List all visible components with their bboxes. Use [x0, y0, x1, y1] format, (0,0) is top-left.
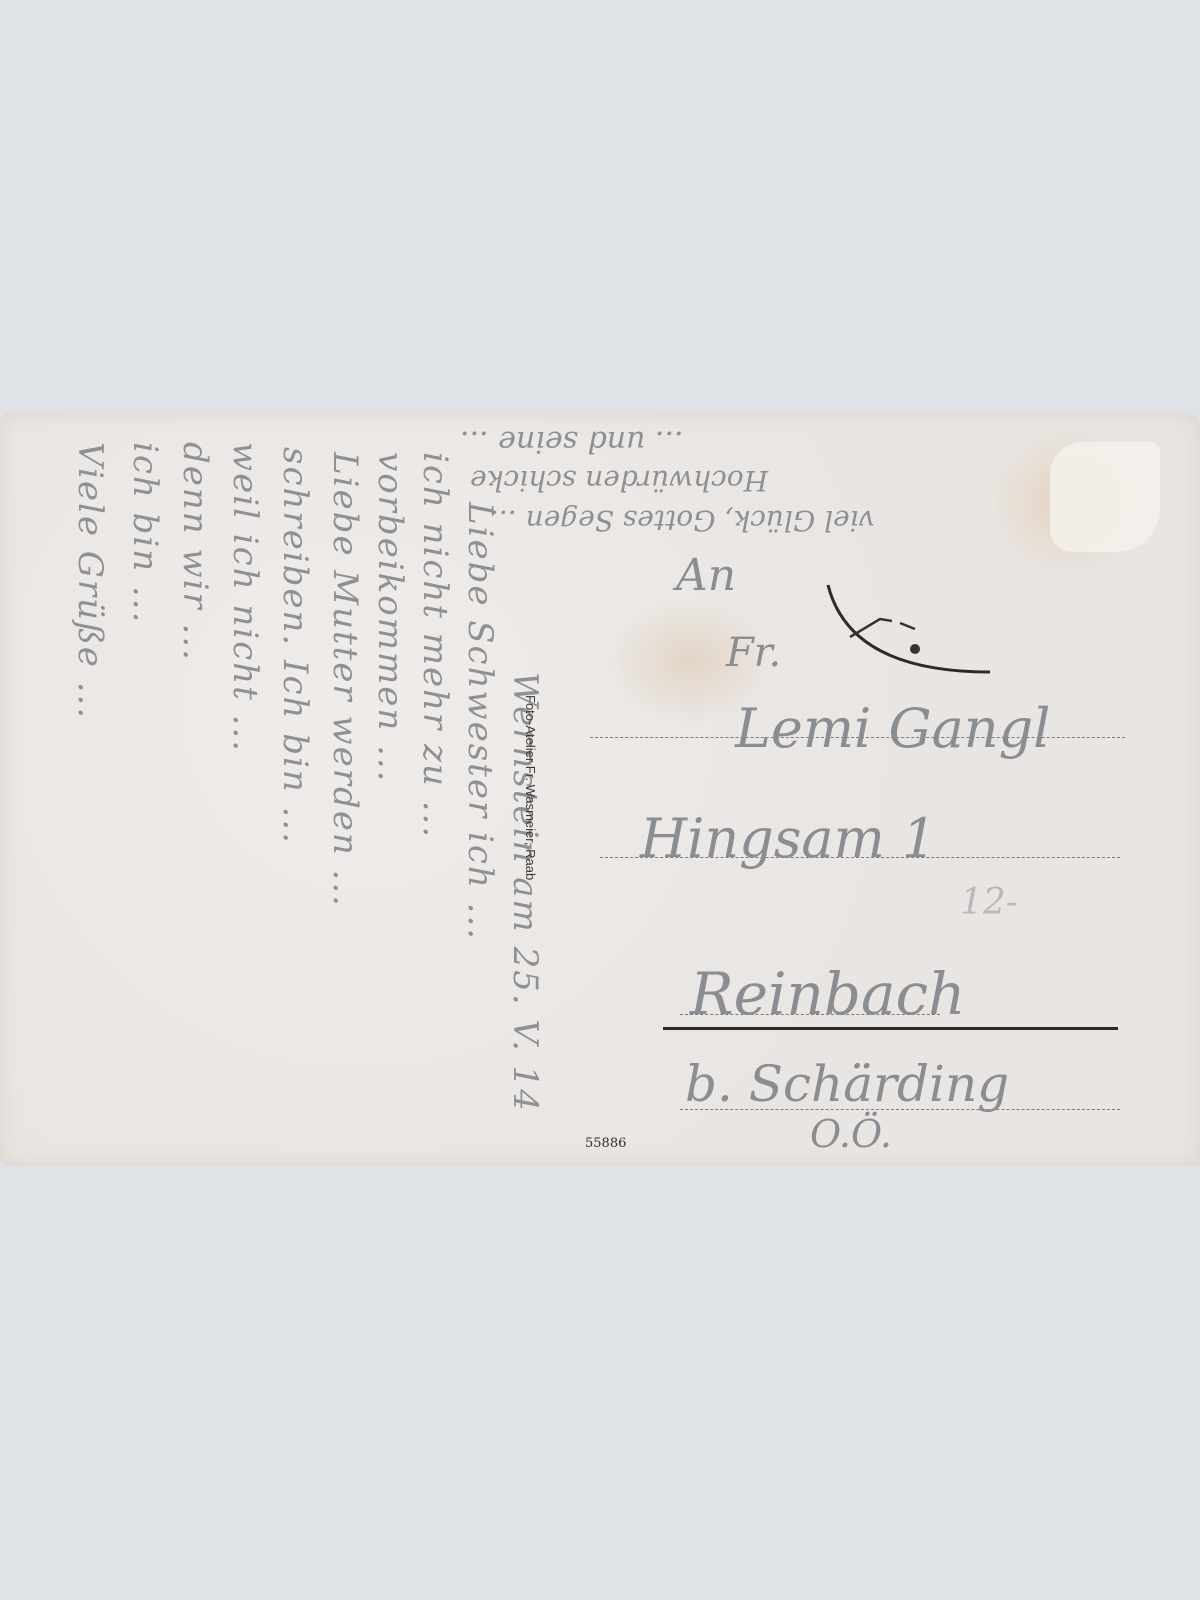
- publisher-imprint: Foto-Atelier Fr. Wasmeier, Raab: [523, 695, 538, 880]
- recipient-name: Lemi Gangl: [735, 697, 1050, 760]
- message-line: schreiben. Ich bin ...: [275, 447, 315, 845]
- serial-number: 55886: [585, 1136, 626, 1151]
- message-line: Liebe Mutter werden ...: [325, 452, 365, 908]
- postmark-stamp: [820, 577, 1020, 687]
- address-region: O.Ö.: [810, 1112, 892, 1156]
- postcard-back: ... und seine ... Hochwürden schicke vie…: [0, 412, 1200, 1166]
- paper-stain: [1050, 442, 1160, 552]
- message-top-line: Hochwürden schicke: [470, 464, 768, 497]
- message-line: ich bin ...: [125, 442, 165, 624]
- message-top-line: viel Glück, Gottes Segen ...: [490, 504, 874, 537]
- address-district: b. Schärding: [685, 1055, 1009, 1113]
- message-line: denn wir ...: [175, 442, 215, 662]
- message-line: Liebe Schwester ich ...: [460, 502, 500, 941]
- pencil-note: 12-: [960, 882, 1018, 923]
- address-salutation: An: [676, 550, 736, 601]
- address-title: Fr.: [726, 630, 781, 676]
- message-line: ich nicht mehr zu ...: [415, 452, 455, 839]
- message-line: vorbeikommen ...: [370, 452, 410, 784]
- address-town: Reinbach: [690, 960, 965, 1028]
- address-street: Hingsam 1: [640, 807, 936, 870]
- message-line: Viele Grüße ...: [70, 442, 110, 720]
- message-line: weil ich nicht ...: [225, 442, 265, 753]
- message-top-line: ... und seine ...: [460, 424, 684, 459]
